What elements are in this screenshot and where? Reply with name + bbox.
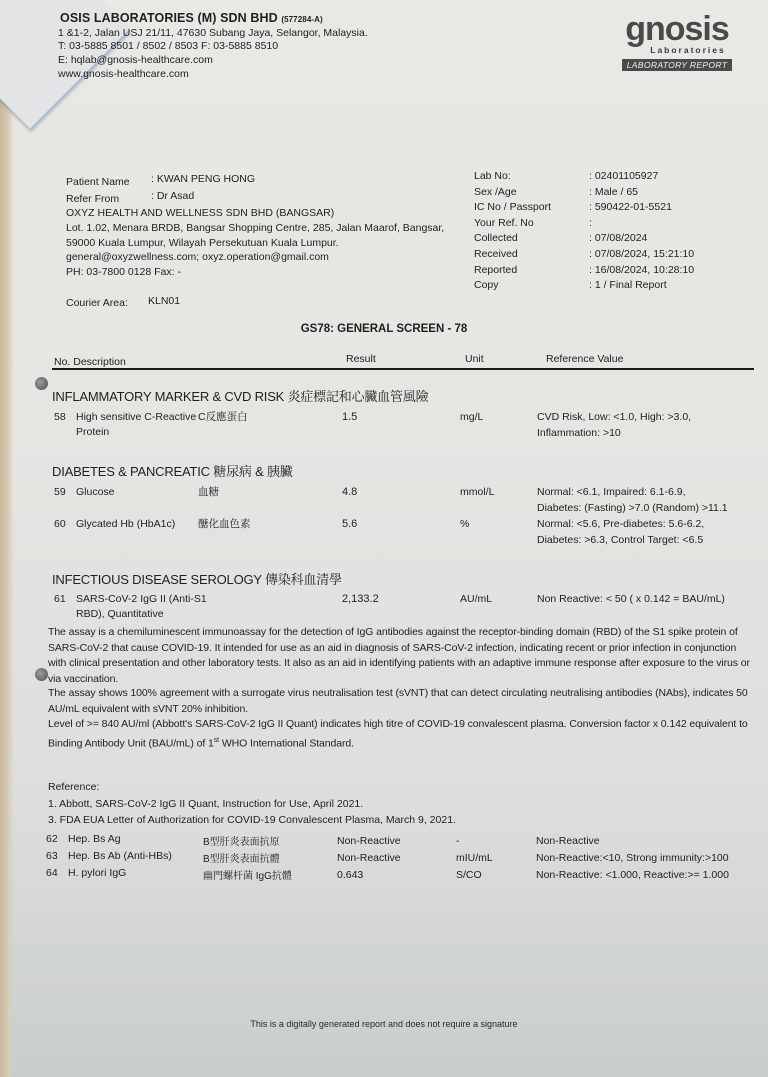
test-reference-range: Non-Reactive:<10, Strong immunity:>100 bbox=[536, 852, 729, 864]
section-title: INFECTIOUS DISEASE SEROLOGY bbox=[52, 572, 265, 587]
lab-reg-no: (577284-A) bbox=[281, 15, 322, 24]
test-description: High sensitive C-Reactive bbox=[76, 411, 196, 423]
test-description: Hep. Bs Ab (Anti-HBs) bbox=[68, 850, 172, 862]
test-unit: mIU/mL bbox=[456, 852, 493, 864]
test-result: Non-Reactive bbox=[337, 852, 401, 864]
col-unit: Unit bbox=[465, 353, 484, 365]
clinic-address-line: 59000 Kuala Lumpur, Wilayah Persekutuan … bbox=[66, 237, 339, 249]
meta-label: IC No / Passport bbox=[474, 201, 551, 213]
col-reference: Reference Value bbox=[546, 353, 623, 365]
meta-value: : Male / 65 bbox=[589, 186, 638, 198]
test-result: 5.6 bbox=[342, 518, 357, 530]
test-number: 64 bbox=[46, 867, 58, 879]
test-reference-range: Non Reactive: < 50 ( x 0.142 = BAU/mL) bbox=[537, 593, 725, 605]
test-description: SARS-CoV-2 IgG II (Anti-S1 bbox=[76, 593, 207, 605]
assay-note-3-end: WHO International Standard. bbox=[219, 737, 354, 749]
test-number: 61 bbox=[54, 593, 66, 605]
test-reference-range: Normal: <5.6, Pre-diabetes: 5.6-6.2, bbox=[537, 518, 704, 530]
courier-area-label: Courier Area: bbox=[66, 297, 128, 309]
test-number: 63 bbox=[46, 850, 58, 862]
test-reference-range: Inflammation: >10 bbox=[537, 427, 621, 439]
screen-title: GS78: GENERAL SCREEN - 78 bbox=[0, 323, 768, 335]
section-title: INFLAMMATORY MARKER & CVD RISK bbox=[52, 389, 288, 404]
header-divider bbox=[52, 368, 754, 370]
test-reference-range: CVD Risk, Low: <1.0, High: >3.0, bbox=[537, 411, 691, 423]
courier-area-value: KLN01 bbox=[148, 295, 180, 307]
gnosis-logo: gnosis Laboratories LABORATORY REPORT bbox=[618, 14, 736, 73]
lab-website[interactable]: www.gnosis-healthcare.com bbox=[58, 68, 189, 80]
test-description: Hep. Bs Ag bbox=[68, 833, 121, 845]
test-result: 4.8 bbox=[342, 486, 357, 498]
meta-label: Your Ref. No bbox=[474, 217, 534, 229]
reference-heading: Reference: bbox=[48, 781, 99, 793]
punch-hole bbox=[35, 377, 48, 390]
lab-name-text: OSIS LABORATORIES (M) SDN BHD bbox=[60, 11, 278, 25]
test-reference-range: Diabetes: (Fasting) >7.0 (Random) >11.1 bbox=[537, 502, 728, 514]
test-unit: mg/L bbox=[460, 411, 483, 423]
section-title: DIABETES & PANCREATIC bbox=[52, 464, 213, 479]
meta-label: Received bbox=[474, 248, 518, 260]
section-title-chinese: 傳染科血清學 bbox=[265, 572, 342, 587]
test-unit: AU/mL bbox=[460, 593, 492, 605]
test-chinese-name: 血糖 bbox=[198, 484, 219, 499]
meta-value: : 590422-01-5521 bbox=[589, 201, 672, 213]
section-title-chinese: 炎症標記和心臟血管風險 bbox=[288, 389, 429, 404]
assay-note-1: The assay is a chemiluminescent immunoas… bbox=[48, 625, 753, 687]
lab-address: 1 &1-2, Jalan USJ 21/11, 47630 Subang Ja… bbox=[58, 27, 368, 39]
test-unit: S/CO bbox=[456, 869, 482, 881]
test-result: 2,133.2 bbox=[342, 593, 379, 605]
test-number: 62 bbox=[46, 833, 58, 845]
refer-from-value: : Dr Asad bbox=[151, 190, 194, 202]
clinic-address-line: general@oxyzwellness.com; oxyz.operation… bbox=[66, 251, 329, 263]
test-chinese-name: B型肝炎表面抗原 bbox=[203, 833, 280, 848]
meta-label: Sex /Age bbox=[474, 186, 517, 198]
test-result: 0.643 bbox=[337, 869, 363, 881]
clinic-address-line: Lot. 1.02, Menara BRDB, Bangsar Shopping… bbox=[66, 222, 444, 234]
footer-disclaimer: This is a digitally generated report and… bbox=[0, 1019, 768, 1029]
test-description: RBD), Quantitative bbox=[76, 608, 164, 620]
meta-label: Lab No: bbox=[474, 170, 511, 182]
paper-edge bbox=[0, 0, 14, 1077]
test-unit: - bbox=[456, 835, 460, 847]
section-heading: INFECTIOUS DISEASE SEROLOGY 傳染科血清學 bbox=[52, 569, 342, 588]
test-chinese-name: 幽門螺杆菌 IgG抗體 bbox=[203, 867, 292, 882]
test-reference-range: Non-Reactive: <1.000, Reactive:>= 1.000 bbox=[536, 869, 729, 881]
meta-label: Reported bbox=[474, 264, 517, 276]
test-chinese-name: C反應蛋白 bbox=[198, 409, 248, 424]
lab-name: OSIS LABORATORIES (M) SDN BHD (577284-A) bbox=[60, 11, 323, 25]
patient-name-label: Patient Name bbox=[66, 176, 130, 188]
test-number: 58 bbox=[54, 411, 66, 423]
clinic-address-line: PH: 03-7800 0128 Fax: - bbox=[66, 266, 181, 278]
test-number: 60 bbox=[54, 518, 66, 530]
assay-note-3: Level of >= 840 AU/ml (Abbott's SARS-CoV… bbox=[48, 717, 753, 752]
test-chinese-name: B型肝炎表面抗體 bbox=[203, 850, 280, 865]
test-description: Glucose bbox=[76, 486, 115, 498]
report-type-badge: LABORATORY REPORT bbox=[622, 59, 733, 71]
section-heading: INFLAMMATORY MARKER & CVD RISK 炎症標記和心臟血管… bbox=[52, 386, 428, 405]
section-title-chinese: 糖尿病 & 胰臟 bbox=[213, 464, 292, 479]
test-reference-range: Diabetes: >6.3, Control Target: <6.5 bbox=[537, 534, 703, 546]
test-result: 1.5 bbox=[342, 411, 357, 423]
meta-value: : 02401105927 bbox=[589, 170, 658, 182]
patient-name-value: : KWAN PENG HONG bbox=[151, 173, 255, 185]
test-description: H. pylori IgG bbox=[68, 867, 126, 879]
test-chinese-name: 醣化血色素 bbox=[198, 516, 251, 531]
col-result: Result bbox=[346, 353, 376, 365]
test-unit: % bbox=[460, 518, 469, 530]
test-description: Protein bbox=[76, 426, 109, 438]
reference-item: 3. FDA EUA Letter of Authorization for C… bbox=[48, 814, 456, 826]
clinic-address-line: OXYZ HEALTH AND WELLNESS SDN BHD (BANGSA… bbox=[66, 207, 334, 219]
test-reference-range: Non-Reactive bbox=[536, 835, 600, 847]
test-unit: mmol/L bbox=[460, 486, 494, 498]
punch-hole bbox=[35, 668, 48, 681]
meta-value: : 16/08/2024, 10:28:10 bbox=[589, 264, 694, 276]
meta-value: : bbox=[589, 217, 592, 229]
logo-wordmark: gnosis bbox=[618, 14, 736, 44]
col-no-description: No. Description bbox=[54, 356, 126, 368]
refer-from-label: Refer From bbox=[66, 193, 119, 205]
test-description: Glycated Hb (HbA1c) bbox=[76, 518, 175, 530]
meta-value: : 1 / Final Report bbox=[589, 279, 667, 291]
section-heading: DIABETES & PANCREATIC 糖尿病 & 胰臟 bbox=[52, 461, 293, 480]
lab-email[interactable]: E: hqlab@gnosis-healthcare.com bbox=[58, 54, 213, 66]
test-reference-range: Normal: <6.1, Impaired: 6.1-6.9, bbox=[537, 486, 686, 498]
test-result: Non-Reactive bbox=[337, 835, 401, 847]
test-number: 59 bbox=[54, 486, 66, 498]
meta-label: Copy bbox=[474, 279, 499, 291]
meta-label: Collected bbox=[474, 232, 518, 244]
lab-phone: T: 03-5885 8501 / 8502 / 8503 F: 03-5885… bbox=[58, 40, 278, 52]
assay-note-3-text: Level of >= 840 AU/ml (Abbott's SARS-CoV… bbox=[48, 718, 748, 749]
meta-value: : 07/08/2024, 15:21:10 bbox=[589, 248, 694, 260]
assay-note-2: The assay shows 100% agreement with a su… bbox=[48, 686, 753, 717]
meta-value: : 07/08/2024 bbox=[589, 232, 647, 244]
reference-item: 1. Abbott, SARS-CoV-2 IgG II Quant, Inst… bbox=[48, 798, 363, 810]
